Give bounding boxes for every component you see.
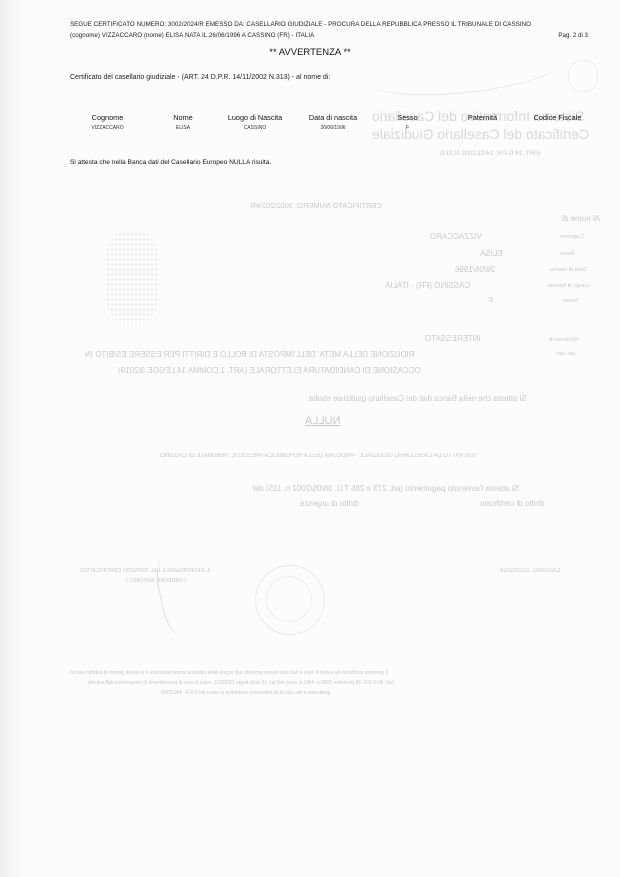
seal-stamp-icon [255,565,325,635]
header-certificate-line: SEGUE CERTIFICATO NUMERO: 3002/2024/R EM… [70,21,531,28]
document-page: Sistema Informativo del Casellario Certi… [0,0,620,877]
bleed-luogo-data: CASSINO, 22/03/2024 [500,568,560,574]
bleed-richiesta-value: INTERESSATO [425,334,481,343]
col-header-luogo-nascita: Luogo di Nascita [215,113,295,122]
col-header-nome: Nome [158,113,208,122]
intro-text: Certificato del casellario giudiziale - … [70,74,330,81]
bleed-pagamento: Si attesta l'avvenuto pagamento (art. 27… [253,484,519,493]
bleed-field-value: CASSINO (FR) - ITALIA [385,281,470,290]
bleed-footer-line3: giudiziaria e dei casi di dichiarazione … [160,690,330,696]
bleed-uso-line1: RIDUZIONE DELLA META' DELL'IMPOSTA DI BO… [85,350,414,359]
col-header-paternita: Paternità [450,113,515,122]
cell-luogo-nascita: CASSINO [215,125,295,131]
bleed-nulla: NULLA [305,415,340,427]
page-number: Pag. 2 di 3 [558,32,588,39]
col-header-data-nascita: Data di nascita [298,113,368,122]
warning-title: ** AVVERTENZA ** [0,47,620,58]
bleed-uso-line2: OCCASIONE DI CANDIDATURA ELETTORALE (ART… [118,366,421,375]
bleed-footer-line1: Il presente certificato ha valore 6 mesi… [70,670,388,676]
bleed-richiesta-label: Richiesta di: [548,337,578,343]
bleed-footer-line2: (art. 40 D.P.R. 28 dicembre 2000 n. 445)… [88,680,394,686]
cell-data-nascita: 26/06/1996 [298,125,368,131]
col-header-sesso: Sesso [385,113,430,122]
european-record-statement: Si attesta che nella Banca dati del Case… [70,159,271,166]
cell-sesso: F [385,125,430,131]
bleed-estratto: ESTRATTO DA CASELLARIO GIUDIZIALE - PROC… [160,453,475,459]
cell-cognome: VIZZACCARO [70,125,145,131]
republic-emblem-icon [568,60,598,92]
bleed-field-label: Cognome [560,234,584,240]
bleed-field-label: Sesso [563,298,578,304]
bleed-cert-ref: (ART. 24 D.P.R. 14/11/2002 N.313) [440,150,540,157]
bleed-field-value: F [488,296,493,305]
bleed-cert-number: CERTIFICATO NUMERO: 3002/2024/R [250,201,382,210]
signature-ghost [152,553,199,638]
bleed-field-value: ELISA [480,249,503,258]
col-header-cognome: Cognome [70,113,145,122]
bleed-attesta: Si attesta che nella Banca dati del Case… [307,394,527,403]
bleed-field-label: Data di nascita [550,267,586,273]
bleed-responsabile: IL RESPONSABILE DEL SERVIZIO CERTIFICATI… [80,568,210,574]
bleed-field-label: Luogo di Nascita [548,283,589,289]
bleed-field-value: VIZZACCARO [430,232,482,241]
col-header-codice-fiscale: Codice Fiscale [520,113,595,122]
bleed-al-nome-di: Al nome di: [560,214,600,223]
header-subject-line: (cognome) VIZZACCARO (nome) ELISA NATA I… [70,32,314,39]
stamp-ghost [106,232,158,324]
bleed-field-value: 26/06/1996 [455,265,495,274]
bleed-field-label: Nome [560,251,575,257]
bleed-diritto-cert: diritto di certificato [480,499,544,508]
bleed-uso-label: per uso: [555,351,575,357]
scan-edge-shadow [0,0,28,877]
bleed-diritto-urg: diritto di urgenza [300,499,359,508]
cell-nome: ELISA [158,125,208,131]
